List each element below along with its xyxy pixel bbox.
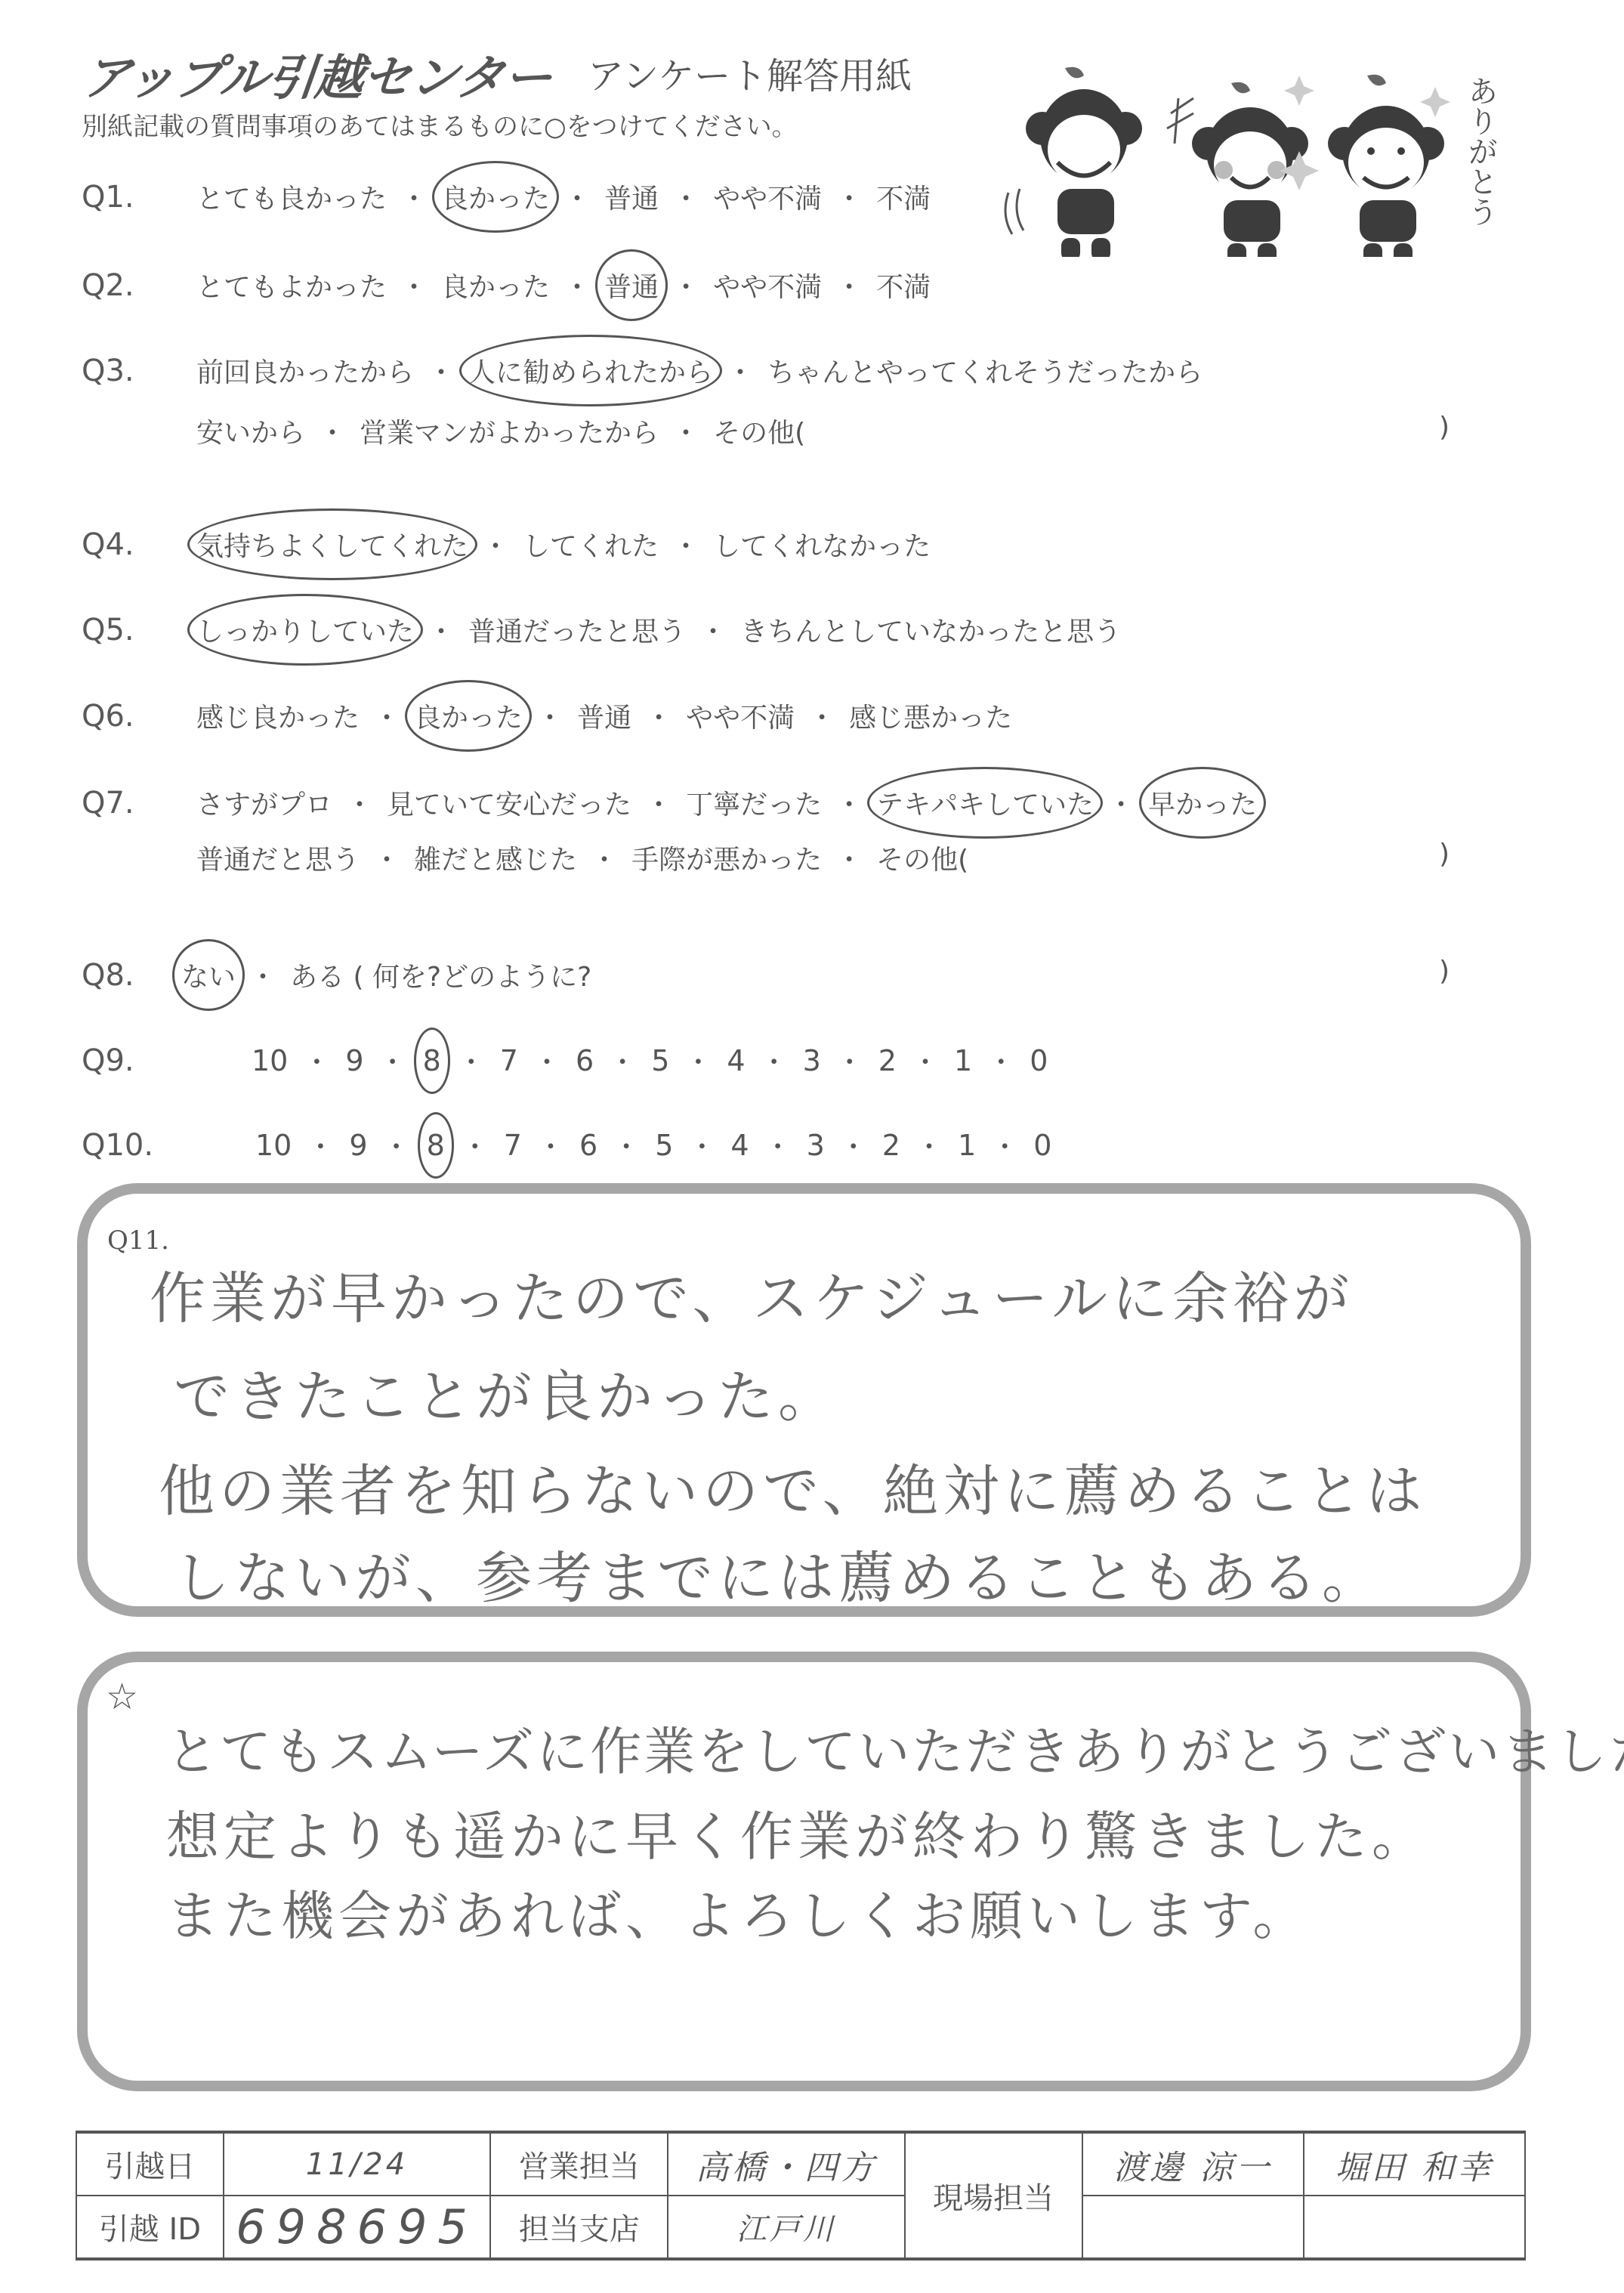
scale-option[interactable]: 4 — [727, 1044, 745, 1077]
sales-label: 営業担当 — [490, 2132, 668, 2196]
option-selected[interactable]: しっかりしていた — [195, 610, 415, 649]
mascot-illustration: ありがとう — [982, 45, 1511, 257]
question-number: Q4. — [82, 527, 195, 562]
question-number: Q5. — [82, 613, 195, 647]
move-id-label: 引越 ID — [76, 2196, 224, 2259]
branch-value[interactable]: 江戸川 — [668, 2196, 904, 2259]
sales-value[interactable]: 高橋・四方 — [668, 2132, 904, 2196]
brand-title: アップル引越センター — [79, 39, 555, 109]
scale-option-selected[interactable]: 8 — [421, 1044, 443, 1077]
comment-line-1: とてもスムーズに作業をしていただきありがとうございました。 — [166, 1711, 1624, 1785]
scale-option[interactable]: 2 — [882, 1129, 900, 1162]
question-number: Q7. — [82, 786, 195, 820]
question-q9: Q9. 10・ 9・ 8・ 7・ 6・ 5・ 4・ 3・ 2・ 1・ 0 — [82, 1041, 1048, 1080]
scale-option[interactable]: 5 — [651, 1044, 669, 1077]
option[interactable]: してくれた — [521, 525, 660, 564]
move-date-value[interactable]: 11/24 — [224, 2132, 490, 2196]
question-q5: Q5. しっかりしていた・ 普通だったと思う・ きちんとしていなかったと思う — [82, 610, 1122, 649]
option[interactable]: 営業マンがよかったから — [358, 412, 660, 450]
option[interactable]: 普通だったと思う — [467, 610, 687, 649]
move-date-label: 引越日 — [76, 2132, 224, 2196]
scale-option[interactable]: 9 — [349, 1129, 367, 1162]
option-other[interactable]: ある ( 何を?どのように? — [289, 956, 593, 994]
star-icon: ☆ — [106, 1676, 138, 1718]
option[interactable]: 不満 — [875, 266, 932, 304]
option[interactable]: やや不満 — [684, 697, 796, 735]
option[interactable]: してくれなかった — [712, 525, 932, 564]
question-q6: Q6. 感じ良かった・ 良かった・ 普通・ やや不満・ 感じ悪かった — [82, 697, 1014, 735]
branch-label: 担当支店 — [490, 2196, 668, 2259]
option[interactable]: 前回良かったから — [195, 351, 415, 390]
scale-option[interactable]: 7 — [504, 1129, 522, 1162]
option[interactable]: 丁寧だった — [684, 783, 823, 822]
question-number: Q1. — [82, 180, 195, 215]
question-q4: Q4. 気持ちよくしてくれた・ してくれた・ してくれなかった — [82, 525, 932, 564]
scale-option[interactable]: 0 — [1030, 1044, 1048, 1077]
option-selected[interactable]: 気持ちよくしてくれた — [195, 525, 470, 564]
form-title: アンケート解答用紙 — [588, 47, 912, 99]
option[interactable]: 手際が悪かった — [630, 839, 823, 877]
question-q2: Q2. とてもよかった・ 良かった・ 普通・ やや不満・ 不満 — [82, 266, 932, 304]
option-selected[interactable]: 早かった — [1147, 783, 1258, 822]
q11-line-1: 作業が早かったので、スケジュールに余裕が — [150, 1254, 1354, 1334]
scale-option[interactable]: 6 — [579, 1129, 597, 1162]
scale-option[interactable]: 2 — [878, 1044, 897, 1077]
site-staff-4[interactable] — [1304, 2196, 1525, 2259]
comment-line-2: 想定よりも遥かに早く作業が終わり驚きました。 — [166, 1794, 1429, 1871]
option[interactable]: きちんとしていなかったと思う — [739, 610, 1122, 649]
option-selected[interactable]: 普通 — [603, 266, 660, 304]
question-q8: Q8. ない・ ある ( 何を?どのように? — [82, 956, 593, 994]
site-staff-label: 現場担当 — [905, 2132, 1082, 2259]
other-close-paren: ) — [1439, 956, 1450, 987]
option[interactable]: 見ていて安心だった — [385, 783, 633, 822]
move-info-table: 引越日 11/24 営業担当 高橋・四方 現場担当 渡邊 涼一 堀田 和幸 引越… — [76, 2131, 1526, 2261]
option[interactable]: 普通 — [576, 697, 633, 735]
scale-option[interactable]: 4 — [730, 1129, 749, 1162]
question-number: Q3. — [82, 354, 195, 388]
q11-label: Q11. — [107, 1225, 169, 1256]
scale-option[interactable]: 7 — [500, 1044, 518, 1077]
option-selected[interactable]: 良かった — [440, 178, 551, 216]
scale-option[interactable]: 1 — [958, 1129, 976, 1162]
option[interactable]: さすがプロ — [195, 783, 334, 822]
option-selected[interactable]: 良かった — [412, 697, 524, 735]
question-q3: Q3. 前回良かったから・ 人に勧められたから・ ちゃんとやってくれそうだったか… — [82, 351, 1204, 390]
question-number: Q9. — [82, 1043, 252, 1078]
scale-option[interactable]: 3 — [807, 1129, 825, 1162]
site-staff-1[interactable]: 渡邊 涼一 — [1082, 2132, 1304, 2196]
question-number: Q2. — [82, 268, 195, 303]
option-selected[interactable]: テキパキしていた — [875, 783, 1095, 822]
other-close-paren: ) — [1439, 839, 1450, 870]
scale-option[interactable]: 10 — [252, 1044, 288, 1077]
q11-line-2: できたことが良かった。 — [174, 1352, 838, 1432]
scale-option[interactable]: 9 — [345, 1044, 363, 1077]
question-number: Q6. — [82, 699, 195, 734]
question-q10: Q10. 10・ 9・ 8・ 7・ 6・ 5・ 4・ 3・ 2・ 1・ 0 — [82, 1126, 1051, 1164]
scale-option[interactable]: 3 — [803, 1044, 821, 1077]
question-q3-line2: 安いから・ 営業マンがよかったから・ その他( — [195, 412, 807, 450]
scale-option[interactable]: 10 — [255, 1129, 292, 1162]
option[interactable]: とても良かった — [195, 178, 388, 216]
option[interactable]: 普通 — [603, 178, 660, 216]
option[interactable]: 雑だと感じた — [412, 839, 579, 877]
option[interactable]: とてもよかった — [195, 266, 388, 304]
option-selected[interactable]: 人に勧められたから — [467, 351, 715, 390]
scale-option[interactable]: 6 — [576, 1044, 594, 1077]
option[interactable]: 安いから — [195, 412, 307, 450]
option[interactable]: 不満 — [875, 178, 932, 216]
question-number: Q8. — [82, 958, 180, 993]
option-other[interactable]: その他( — [875, 839, 970, 877]
site-staff-2[interactable]: 堀田 和幸 — [1304, 2132, 1525, 2196]
option[interactable]: 良かった — [440, 266, 551, 304]
monkey-wink-icon — [1005, 67, 1142, 257]
scale-option-selected[interactable]: 8 — [425, 1129, 446, 1162]
q11-line-3: 他の業者を知らないので、絶対に薦めることは — [159, 1447, 1427, 1527]
scale-option[interactable]: 5 — [655, 1129, 673, 1162]
option-other[interactable]: その他( — [712, 412, 807, 450]
comment-line-3: また機会があれば、よろしくお願いします。 — [166, 1874, 1310, 1950]
mascot-caption: ありがとう — [1463, 76, 1498, 227]
question-q1: Q1. とても良かった・ 良かった・ 普通・ やや不満・ 不満 — [82, 178, 932, 216]
instruction-text: 別紙記載の質問事項のあてはまるものに○をつけてください。 — [82, 106, 798, 143]
other-close-paren: ) — [1439, 412, 1450, 443]
question-q7: Q7. さすがプロ・ 見ていて安心だった・ 丁寧だった・ テキパキしていた・ 早… — [82, 783, 1258, 822]
scale-option[interactable]: 1 — [954, 1044, 972, 1077]
option[interactable]: ちゃんとやってくれそうだったから — [766, 351, 1204, 390]
question-number: Q10. — [82, 1128, 255, 1163]
option[interactable]: 感じ悪かった — [848, 697, 1014, 735]
option[interactable]: やや不満 — [712, 266, 823, 304]
question-q7-line2: 普通だと思う・ 雑だと感じた・ 手際が悪かった・ その他( — [195, 839, 970, 877]
site-staff-3[interactable] — [1082, 2196, 1304, 2259]
option-selected[interactable]: ない — [180, 956, 237, 994]
option[interactable]: 感じ良かった — [195, 697, 361, 735]
option[interactable]: 普通だと思う — [195, 839, 361, 877]
q11-line-4: しないが、参考までには薦めることもある。 — [174, 1534, 1382, 1614]
scale-option[interactable]: 0 — [1033, 1129, 1051, 1162]
option[interactable]: やや不満 — [712, 178, 823, 216]
move-id-value[interactable]: 698695 — [224, 2196, 490, 2259]
